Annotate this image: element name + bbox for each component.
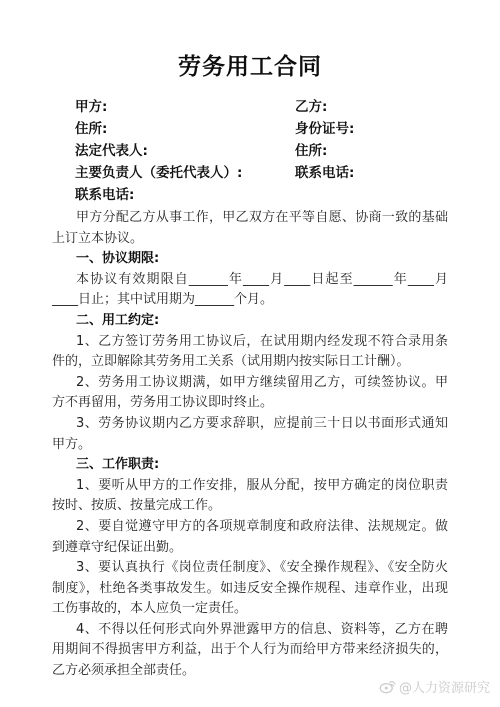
section-2-heading: 二、用工约定:: [52, 311, 448, 332]
section-3-heading: 三、工作职责:: [52, 455, 448, 476]
party-a-principal-label: 主要负责人（委托代表人）:: [75, 162, 295, 184]
party-b-address-label: 住所:: [295, 140, 500, 162]
watermark-text: @人力资源研究: [399, 677, 490, 696]
party-a-address-label: 住所:: [75, 118, 295, 140]
intro-paragraph: 甲方分配乙方从事工作，甲乙双方在平等自愿、协商一致的基础上订立本协议。: [52, 208, 448, 249]
contract-body: 甲方分配乙方从事工作，甲乙双方在平等自愿、协商一致的基础上订立本协议。 一、协议…: [52, 208, 448, 682]
watermark: @人力资源研究: [379, 677, 490, 696]
weibo-icon: [379, 679, 396, 694]
party-a-label: 甲方:: [75, 96, 295, 118]
contract-document-page: 劳务用工合同 甲方: 住所: 法定代表人: 主要负责人（委托代表人）: 联系电话…: [0, 0, 500, 707]
section-3-paragraph-1: 1、要听从甲方的工作安排，服从分配，按甲方确定的岗位职责按时、按质、按量完成工作…: [52, 476, 448, 517]
party-a-column: 甲方: 住所: 法定代表人: 主要负责人（委托代表人）: 联系电话:: [75, 96, 295, 206]
party-a-legal-rep-label: 法定代表人:: [75, 140, 295, 162]
party-a-phone-label: 联系电话:: [75, 184, 295, 206]
section-1-paragraph: 本协议有效期限自______年____月____日起至______年____月_…: [52, 270, 448, 311]
section-2-paragraph-1: 1、乙方签订劳务用工协议后，在试用期内经发现不符合录用条件的，立即解除其劳务用工…: [52, 332, 448, 373]
section-3-paragraph-3: 3、要认真执行《岗位责任制度》、《安全操作规程》、《安全防火制度》，杜绝各类事故…: [52, 558, 448, 620]
contract-title: 劳务用工合同: [0, 52, 500, 82]
party-b-column: 乙方: 身份证号: 住所: 联系电话:: [295, 96, 500, 206]
party-b-id-label: 身份证号:: [295, 118, 500, 140]
section-2-paragraph-2: 2、劳务用工协议期满，如甲方继续留用乙方，可续签协议。甲方不再留用，劳务用工协议…: [52, 373, 448, 414]
section-3-paragraph-4: 4、不得以任何形式向外界泄露甲方的信息、资料等，乙方在聘用期间不得损害甲方利益，…: [52, 620, 448, 682]
section-1-heading: 一、协议期限:: [52, 249, 448, 270]
party-info-block: 甲方: 住所: 法定代表人: 主要负责人（委托代表人）: 联系电话: 乙方: 身…: [75, 96, 500, 206]
party-b-phone-label: 联系电话:: [295, 162, 500, 184]
section-2-paragraph-3: 3、劳务协议期内乙方要求辞职，应提前三十日以书面形式通知甲方。: [52, 414, 448, 455]
party-b-label: 乙方:: [295, 96, 500, 118]
section-3-paragraph-2: 2、要自觉遵守甲方的各项规章制度和政府法律、法规规定。做到遵章守纪保证出勤。: [52, 517, 448, 558]
